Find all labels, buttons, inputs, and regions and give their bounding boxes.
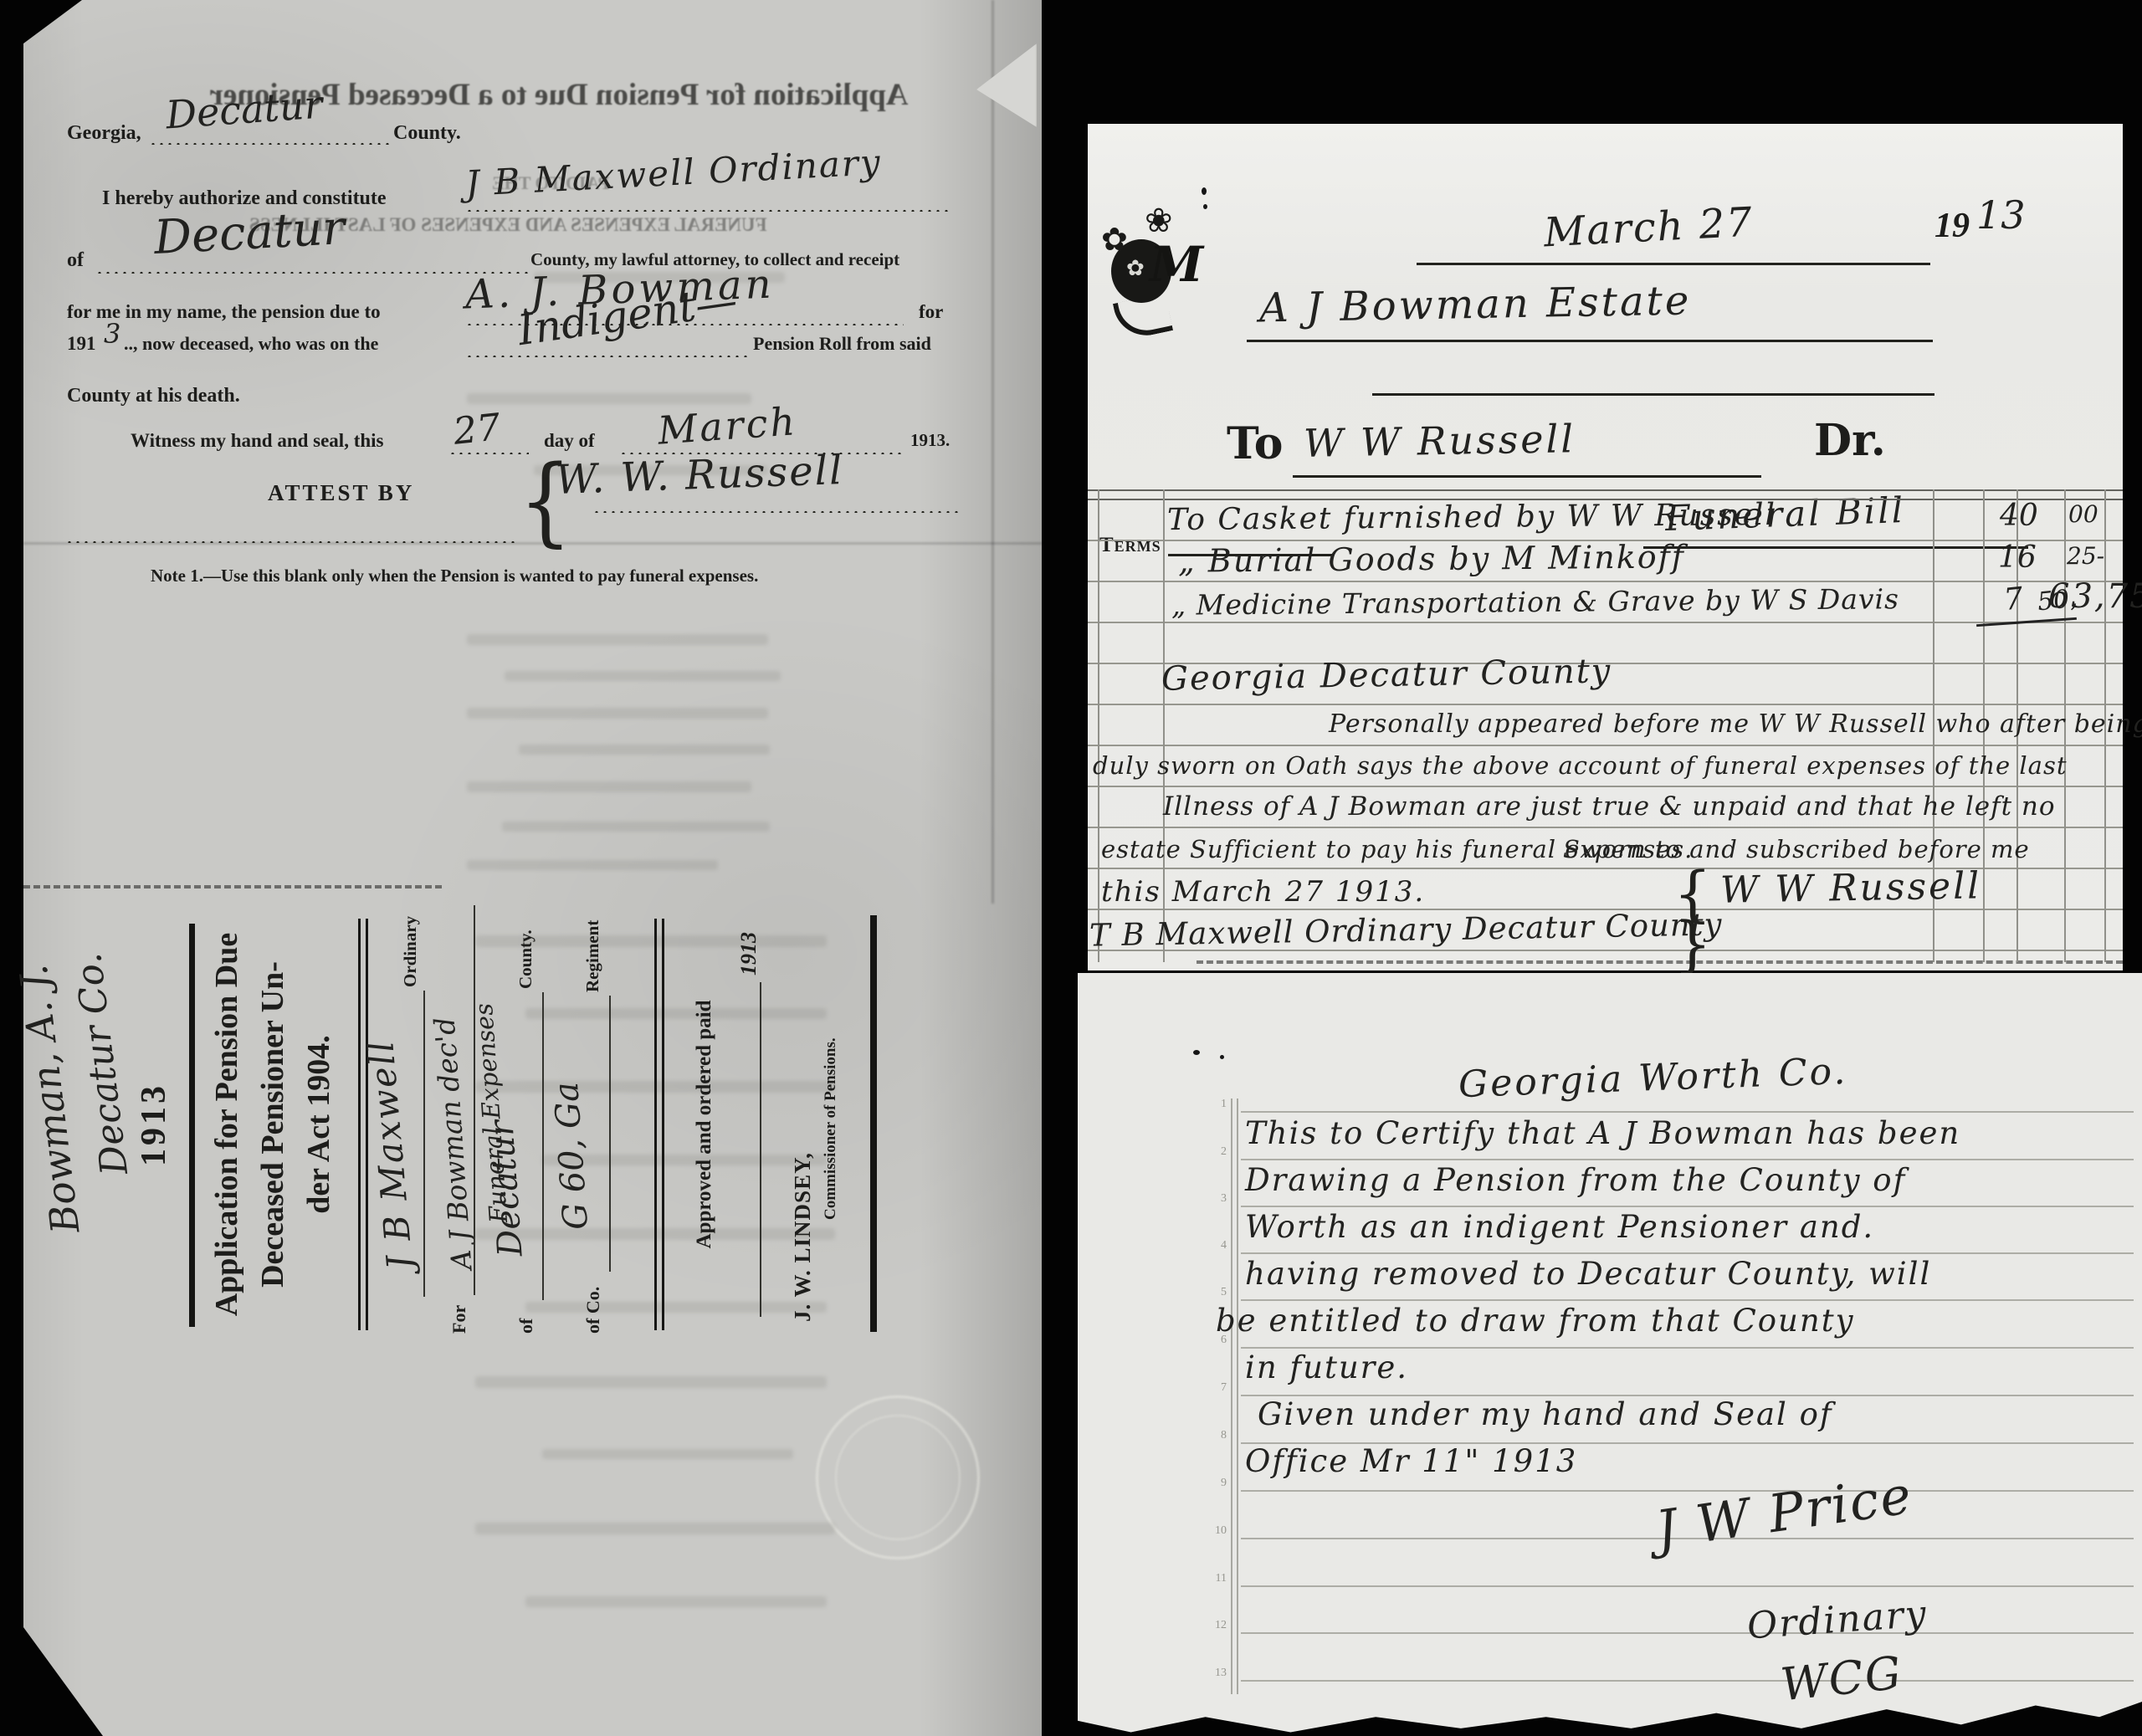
note-label: Note 1.—Use this blank only when the Pen… [151, 566, 758, 586]
pension-application-page: Application for Pension Due to a Decease… [23, 0, 1042, 1736]
bill-item-dollars: 7 [2002, 581, 2025, 617]
affidavit-line1: Personally appeared before me W W Russel… [1329, 709, 2142, 739]
table-rule [1088, 827, 2123, 828]
of-county-handwritten: Decatur [152, 201, 346, 265]
certificate-line6: in future. [1245, 1349, 1408, 1385]
ghost-smudge [475, 1523, 835, 1534]
ink-speck [1202, 187, 1207, 195]
pension-due-for: for [919, 301, 943, 323]
certificate-initials: WCG [1778, 1646, 1905, 1712]
ledger-rule [1241, 1111, 2134, 1113]
ink-speck [1203, 204, 1207, 209]
deceased-label: .., now deceased, who was on the [124, 333, 378, 355]
affidavit-brace-close: } [1673, 909, 1712, 979]
ledger-line-number: 2 [1202, 1145, 1227, 1159]
card-ordinary-line [423, 991, 425, 1297]
witness-day-handwritten: 27 [451, 406, 502, 453]
table-rule [1088, 704, 2123, 705]
card-rule-top [189, 924, 195, 1327]
georgia-county-handwritten: Decatur [164, 82, 324, 138]
card-commissioner-name: J. W. LINDSEY, [790, 1152, 816, 1322]
corner-fold [976, 44, 1037, 127]
georgia-label: Georgia, [67, 122, 141, 145]
bill-date-handwritten: March 27 [1543, 198, 1755, 256]
ledger-line-number: 4 [1202, 1239, 1227, 1252]
card-ordinary-label: Ordinary [400, 916, 421, 987]
monogram-letter: M [1150, 236, 1203, 293]
bill-item-cents: 25- [2067, 542, 2104, 570]
ink-speck [1220, 1055, 1224, 1059]
bill-item-dollars: 40 [2000, 499, 2038, 533]
witness-month-handwritten: March [656, 398, 798, 453]
affidavit-heading: Georgia Decatur County [1161, 652, 1612, 698]
card-title: Application for Pension Due Deceased Pen… [204, 909, 342, 1340]
certificate-line8: Office Mr 11" 1913 [1245, 1443, 1577, 1479]
certificate-heading: Georgia Worth Co. [1458, 1050, 1848, 1106]
card-of-line [542, 992, 544, 1300]
pension-roll-label: Pension Roll from said [753, 333, 931, 355]
flower-icon: ✿ [1126, 256, 1145, 281]
monogram-logo: ✿ ❀ ✿ M [1104, 199, 1205, 350]
card-title-line1: Application for Pension Due [204, 909, 250, 1340]
ghost-smudge [534, 465, 768, 475]
ghost-smudge [467, 860, 718, 870]
ghost-smudge [502, 822, 770, 832]
ledger-rule [1241, 1490, 2134, 1492]
document-scan-canvas: Application for Pension Due to a Decease… [0, 0, 2142, 1736]
roll-dotted-line [465, 353, 750, 357]
card-of-county-label: County. [515, 929, 536, 989]
corner-cut-bottom-left [23, 1627, 103, 1736]
ledger-margin-rule [1231, 1098, 1232, 1694]
ghost-smudge [467, 781, 751, 792]
certificate-signature: J W Price [1652, 1464, 1916, 1560]
certificate-line2: Drawing a Pension from the County of [1245, 1162, 1906, 1198]
affidavit-signature: W W Russell [1720, 864, 1982, 911]
bill-subject-line [1643, 546, 2028, 549]
certificate-line4: having removed to Decatur County, will [1245, 1256, 1931, 1292]
affidavit-line5: this March 27 1913. [1101, 875, 1425, 909]
card-edge-dashed-line [23, 885, 442, 888]
bill-payee-handwritten: W W Russell [1304, 416, 1576, 466]
table-rule [1088, 489, 2123, 491]
ghost-smudge [525, 1596, 827, 1607]
bill-to-label: To [1227, 418, 1283, 469]
bill-year-handwritten: 13 [1976, 192, 2026, 238]
card-approved-label: Approved and ordered paid [693, 935, 716, 1314]
card-title-line3: der Act 1904. [296, 909, 342, 1340]
ledger-line-number: 9 [1202, 1477, 1227, 1490]
table-rule [1088, 745, 2123, 746]
bill-estate-handwritten: A J Bowman Estate [1259, 277, 1692, 331]
ghost-smudge [534, 272, 785, 283]
ghost-smudge [467, 393, 751, 404]
bill-blank-line [1372, 393, 1934, 396]
attest-dots-after [592, 509, 961, 513]
ghost-smudge [505, 671, 781, 681]
card-of-label: of [515, 1319, 537, 1334]
flower-icon: ✿ [1101, 221, 1128, 259]
ledger-rule [1241, 1680, 2134, 1682]
certificate-line7: Given under my hand and Seal of [1258, 1396, 1833, 1432]
of-label: of [67, 249, 84, 272]
ghost-smudge [475, 1376, 827, 1388]
ledger-rule [1241, 1632, 2134, 1634]
affidavit-line2: duly sworn on Oath says the above accoun… [1093, 751, 2068, 780]
flower-icon: ❀ [1145, 201, 1173, 240]
bill-date-line [1417, 263, 1930, 265]
card-co-line [609, 996, 611, 1272]
certificate-line3: Worth as an indigent Pensioner and. [1245, 1209, 1874, 1245]
card-for-label: For [448, 1305, 470, 1334]
ghost-smudge [467, 634, 768, 645]
bill-payee-line [1293, 475, 1761, 478]
year-printed: 191 [67, 333, 96, 355]
ghost-smudge [467, 708, 768, 719]
ledger-rule [1241, 1252, 2134, 1254]
ledger-rule [1241, 1206, 2134, 1207]
card-co-label: of Co. [582, 1287, 604, 1334]
ghost-smudge [519, 745, 770, 755]
bill-dr-label: Dr. [1814, 415, 1886, 466]
georgia-county-label: County. [393, 122, 461, 145]
county-death-label: County at his death. [67, 385, 240, 407]
year-handwritten: 3 [104, 318, 120, 350]
ledger-rule [1241, 1299, 2134, 1301]
ledger-line-number: 1 [1202, 1098, 1227, 1111]
ledger-line-number: 3 [1202, 1192, 1227, 1206]
ledger-line-number: 8 [1202, 1429, 1227, 1442]
ledger-line-number: 13 [1202, 1667, 1227, 1680]
bill-terms-label: Terms [1099, 534, 1161, 557]
card-for-line [474, 905, 475, 1295]
authorize-handwritten: J B Maxwell Ordinary [464, 141, 883, 204]
ledger-rule [1241, 1585, 2134, 1587]
card-approved-year: 1913 [736, 932, 761, 976]
witness-year-printed: 1913. [910, 430, 950, 451]
card-regiment-label: Regiment [582, 920, 603, 992]
ledger-line-number: 10 [1202, 1524, 1227, 1538]
table-rule [1088, 581, 2123, 582]
authorize-dotted-line [465, 207, 951, 212]
attest-signature-handwritten: W. W. Russell [555, 447, 844, 504]
certificate-signer-title: Ordinary [1745, 1593, 1929, 1648]
card-rule-bottom [870, 915, 877, 1332]
certificate-line1: This to Certify that A J Bowman has been [1245, 1115, 1960, 1151]
bill-total: 63,75- [2048, 577, 2142, 616]
card-rule-double-2 [654, 919, 664, 1330]
affidavit-attestor: T B Maxwell Ordinary Decatur County [1089, 906, 1723, 953]
ledger-margin-rule [1237, 1098, 1238, 1694]
filing-card-rotated: Bowman, A. J. Decatur Co. 1913 Applicati… [25, 902, 905, 1347]
ledger-rule [1241, 1347, 2134, 1349]
embossed-seal [816, 1395, 980, 1559]
affidavit-line3: Illness of A J Bowman are just true & un… [1163, 791, 2056, 822]
monogram-swash-icon [1113, 293, 1173, 341]
bill-item-desc: „ Burial Goods by M Minkoff [1178, 538, 1685, 579]
attest-by-label: ATTEST BY [268, 480, 414, 506]
ghost-smudge [542, 1449, 793, 1459]
ledger-line-number: 7 [1202, 1381, 1227, 1395]
bill-item-dollars: 16 [1998, 540, 2037, 575]
table-rule [1088, 622, 2123, 623]
ledger-rule [1241, 1159, 2134, 1160]
filing-card-content: Bowman, A. J. Decatur Co. 1913 Applicati… [25, 902, 905, 1347]
bill-item-desc: To Casket furnished by W W Russell [1167, 498, 1776, 537]
funeral-bill-page: ✿ ❀ ✿ M March 27 19 13 A J Bowman Estate… [1088, 124, 2123, 970]
fold-crease-horizontal [23, 542, 1042, 545]
table-vline [1098, 489, 1099, 962]
bill-item-cents: 00 [2068, 500, 2098, 528]
card-commissioner-title: Commissioner of Pensions. [822, 1037, 840, 1220]
georgia-dotted-line [149, 141, 390, 145]
affidavit-line4b: Sworn to and subscribed before me [1563, 835, 2030, 863]
bill-item-desc: „ Medicine Transportation & Grave by W S… [1171, 582, 1899, 622]
card-approved-line [760, 982, 761, 1317]
fold-crease-vertical [992, 0, 994, 904]
card-of-handwritten: Decatur [482, 1119, 530, 1258]
ink-speck [1193, 1050, 1200, 1055]
certificate-line5: be entitled to draw from that County [1216, 1303, 1855, 1339]
ledger-line-number: 12 [1202, 1619, 1227, 1632]
table-rule [1088, 786, 2123, 787]
card-co-handwritten: G 60, Ga [547, 1081, 596, 1232]
worth-county-certificate-page: 1 2 3 4 5 6 7 8 9 10 11 12 13 Georgia Wo… [1078, 973, 2142, 1736]
card-year: 1913 [134, 902, 174, 1347]
card-for-handwritten-1: A J Bowman dec'd [428, 1017, 478, 1271]
bill-year-printed: 19 [1934, 206, 1970, 246]
corner-cut-top-left [23, 0, 82, 44]
ledger-line-number: 11 [1202, 1572, 1227, 1585]
ledger-line-number: 5 [1202, 1286, 1227, 1299]
witness-label: Witness my hand and seal, this [131, 430, 384, 452]
bill-estate-line [1247, 340, 1933, 342]
card-title-line2: Deceased Pensioner Un- [250, 909, 296, 1340]
card-ordinary-signature: J B Maxwell [360, 1038, 421, 1272]
